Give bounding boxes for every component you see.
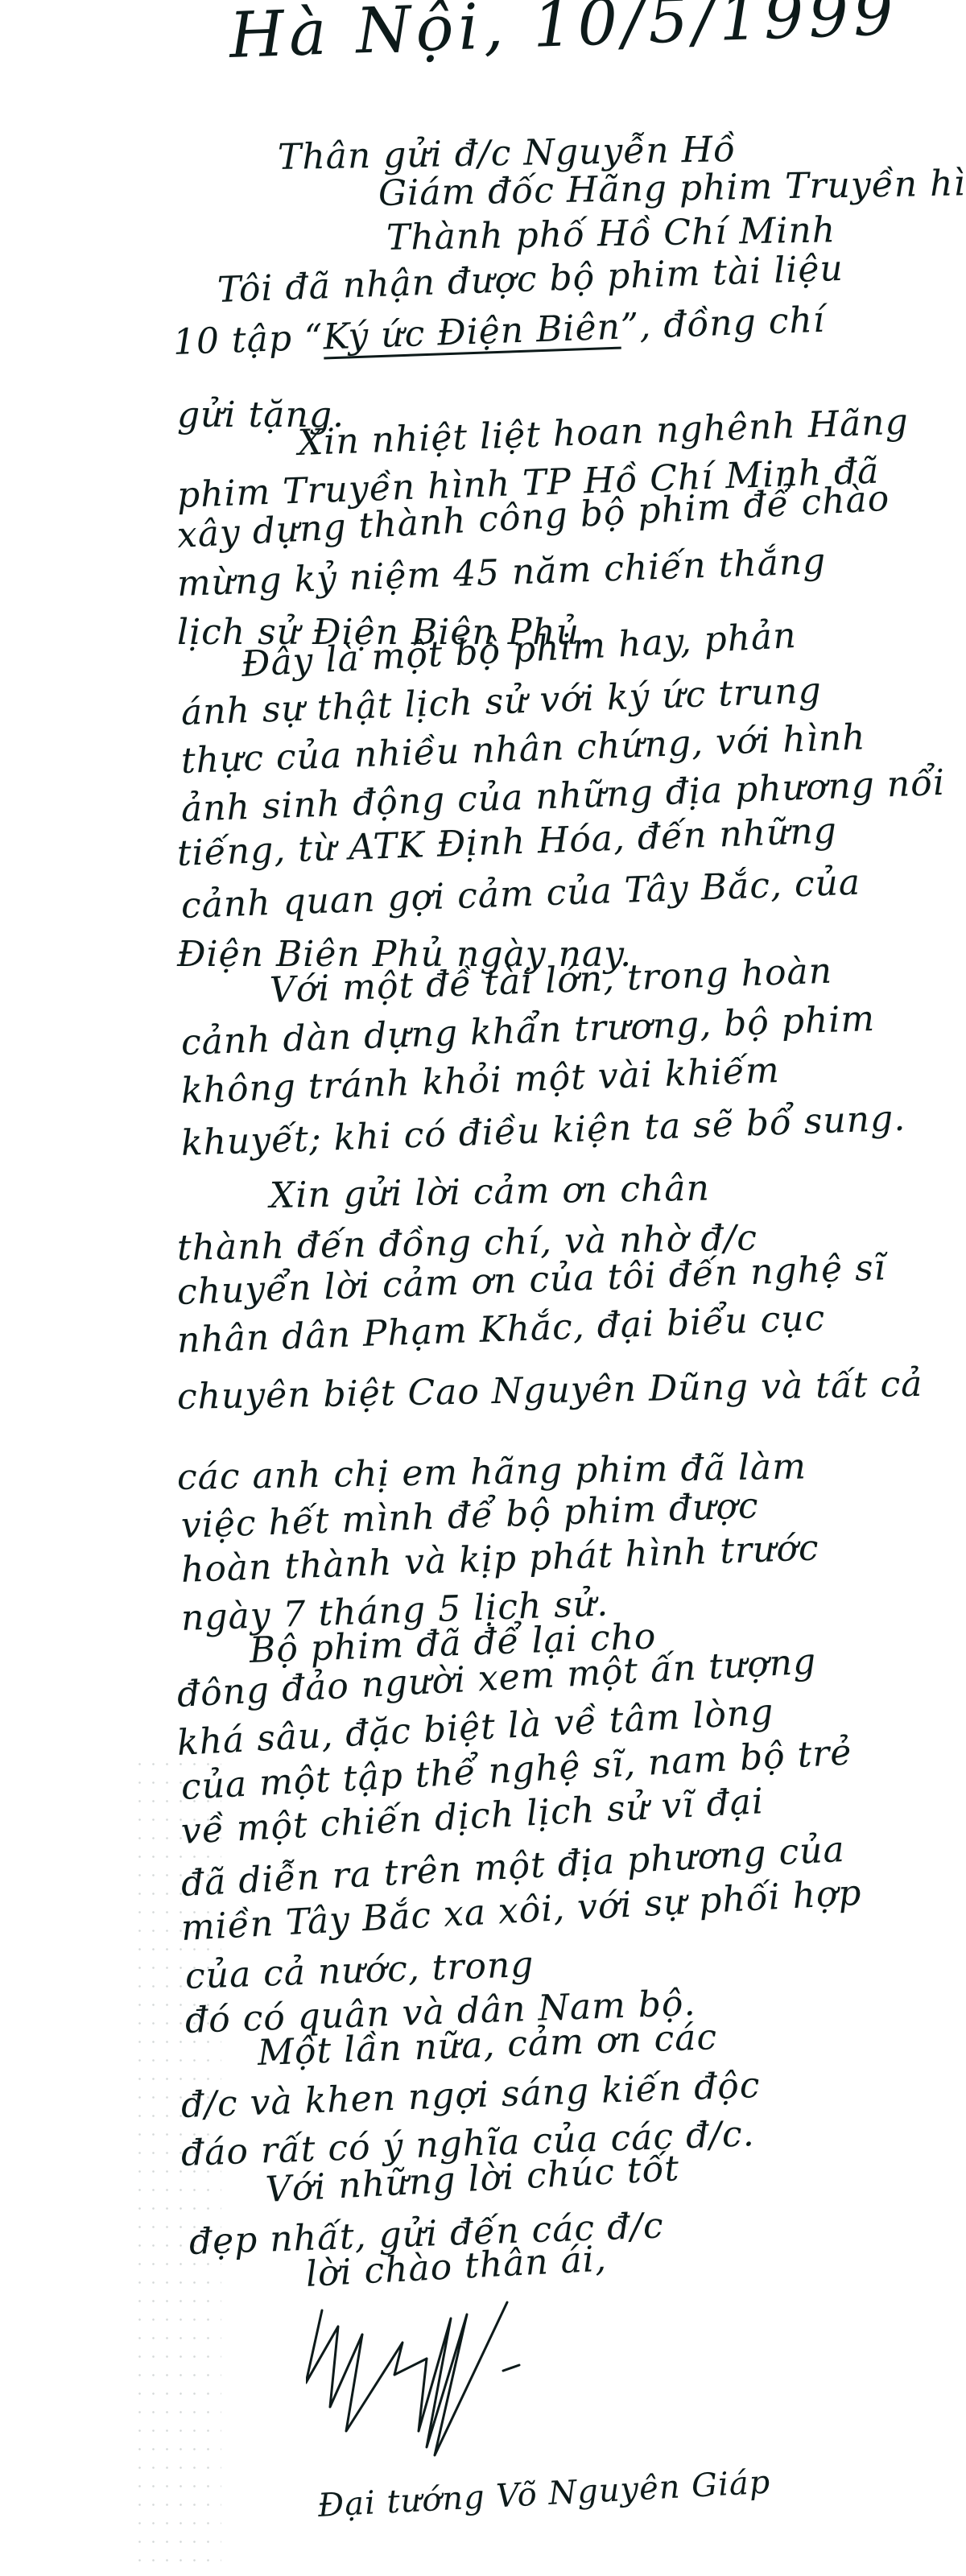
- body-line: chuyên biệt Cao Nguyên Dũng và tất cả: [177, 1364, 923, 1418]
- body-line: của cả nước, trong: [184, 1944, 535, 1997]
- film-title: Ký ức Điện Biên: [323, 307, 621, 358]
- scanned-letter-page: Hà Nội, 10/5/1999 Thân gửi đ/c Nguyễn Hồ…: [0, 0, 966, 2576]
- body-line: Xin gửi lời cảm ơn chân: [270, 1167, 711, 1216]
- body-line: cảnh quan gợi cảm của Tây Bắc, của: [180, 862, 861, 927]
- place-date: Hà Nội, 10/5/1999: [228, 0, 899, 72]
- handwritten-signature-icon: [306, 2294, 628, 2487]
